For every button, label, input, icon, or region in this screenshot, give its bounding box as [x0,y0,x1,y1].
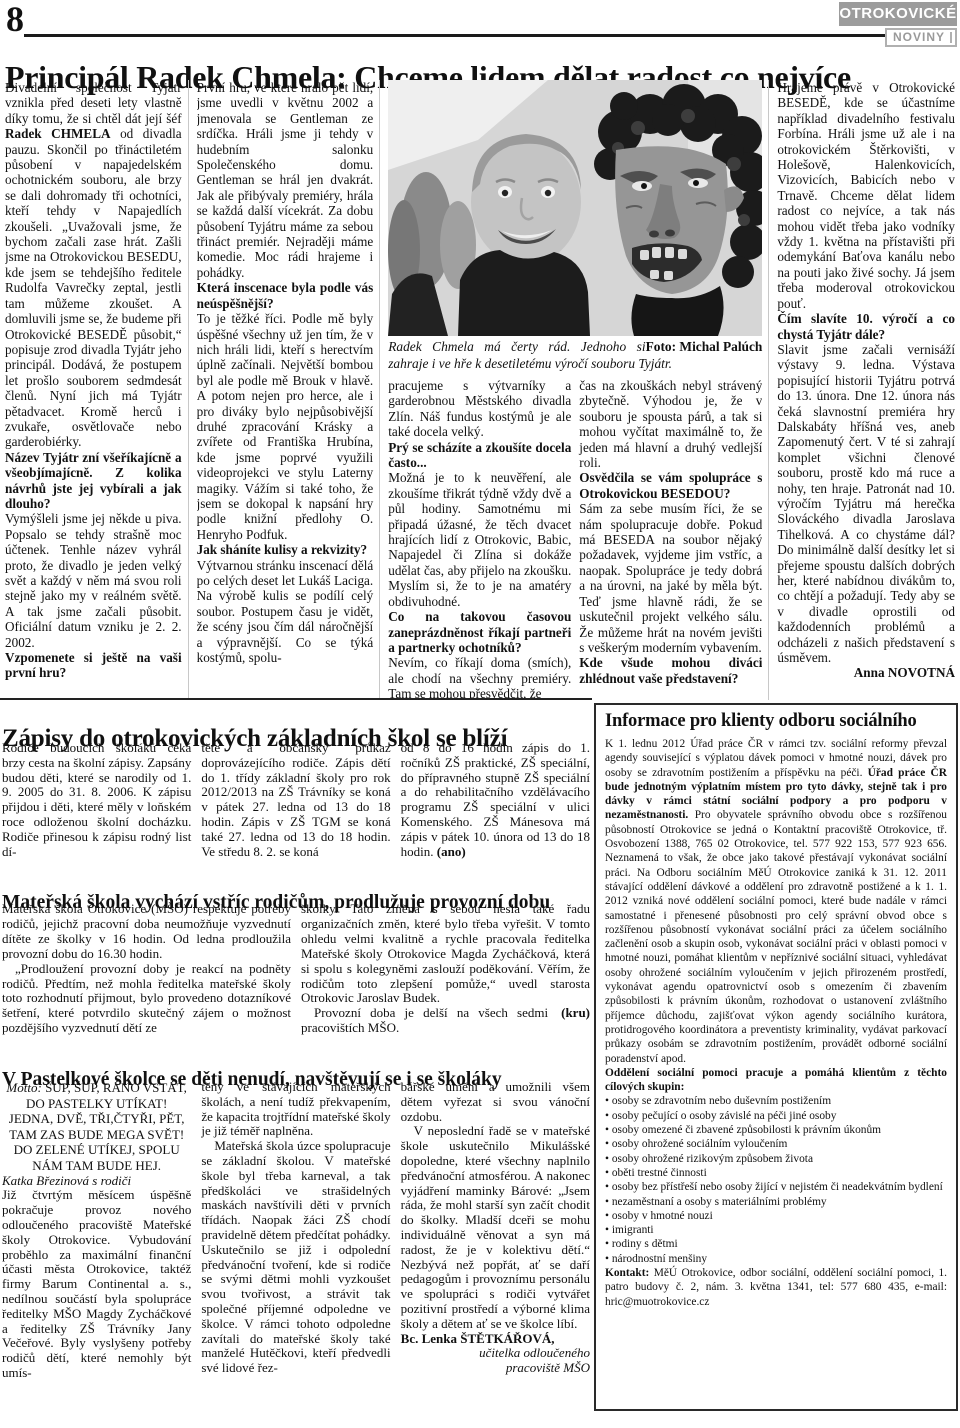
social-info-box: Informace pro klienty odboru sociálního … [594,703,958,1411]
interview-column-2: První hru, ve které hrálo pět lidí, jsme… [197,80,381,700]
answer-8: Hrajeme právě v Otrokovické BESEDĚ, kde … [777,80,955,311]
question-8: Kde všude mohou diváci zhlédnout vaše př… [579,655,762,686]
zapisy-text-1: Rodiče budoucích školáků čeká brzy cesta… [2,741,191,859]
pastelka-motto-line-2: JEDNA, DVĚ, TŘI,ČTYŘI, PĚT, TAM ZAS BUDE… [2,1111,191,1142]
pastelka-column-2: těny ve stávajících mateřských školách, … [201,1080,390,1424]
answer-4-part2: pracujeme s výtvarníky a garderobnou Měs… [388,378,571,440]
materska-article: Mateřská škola Otrokovice (MŠO) respektu… [2,902,590,1052]
photo-caption: Foto: Michal PalúchRadek Chmela má čerty… [388,339,762,372]
materska-paragraph-4-body: Provozní doba je delší na všech sedmi pr… [301,1005,548,1035]
list-item: oběti trestné činnosti [605,1166,947,1180]
pastelka-column-3: bářské umění a umožnili všem dětem vyřez… [401,1080,590,1424]
infobox-target-groups-list: osoby se zdravotním nebo duševním postiž… [605,1094,947,1266]
list-item: osoby bez přístřeší nebo osoby žijící v … [605,1180,947,1194]
infobox-paragraph-1: K 1. lednu 2012 Úřad práce ČR v rámci tz… [605,737,947,1066]
materska-paragraph-1: Mateřská škola Otrokovice (MŠO) respektu… [2,902,291,962]
photo-credit: Foto: Michal Palúch [646,339,763,356]
answer-5: Možná je to k neuvěření, ale zkoušíme tř… [388,470,571,609]
infobox-headline: Informace pro klienty odboru sociálního [605,711,947,732]
pastelka-author-role-2: pracoviště MŠO [401,1361,590,1376]
article-photo [388,80,762,336]
infobox-groups-heading: Oddělení sociální pomoci pracuje a pomáh… [605,1066,947,1095]
lead-post: od divadla pauzu. Skončil po třináctilet… [5,126,182,449]
lead-paragraph: Divadelní společnost Tyjátr vznikla před… [5,80,182,450]
logo-line2: NOVINY [893,30,945,44]
list-item: osoby pečující o osoby závislé na péči j… [605,1109,947,1123]
logo-line1: OTROKOVICKÉ [839,2,957,26]
pastelka-paragraph-4: bářské umění a umožnili všem dětem vyřez… [401,1080,590,1124]
zapisy-author-sig: (ano) [437,844,466,859]
answer-7: Sám za sebe musím říci, že se nám spolup… [579,501,762,655]
pastelka-motto-line-1: Motto: ŠUP, ŠUP, RÁNO VSTÁT, DO PASTELKY… [2,1080,191,1111]
materska-paragraph-3: školky. Tato změna s sebou nesla také řa… [301,902,590,1006]
motto-label: Motto: [6,1080,41,1095]
interview-column-1: Divadelní společnost Tyjátr vznikla před… [5,80,189,700]
interview-column-5: Hrajeme právě v Otrokovické BESEDĚ, kde … [777,80,955,700]
zapisy-text-2: těte a občanský průkaz doprovázejícího r… [201,741,390,859]
pastelka-column-1: Motto: ŠUP, ŠUP, RÁNO VSTÁT, DO PASTELKY… [2,1080,191,1424]
answer-9: Slavit jsme začali vernisáží výstavy 9. … [777,342,955,666]
question-6: Co na takovou časovou zaneprázdněnost ří… [388,609,571,655]
article-byline: Anna NOVOTNÁ [777,665,955,680]
list-item: národnostní menšiny [605,1252,947,1266]
pastelka-motto-author: Katka Březinová s rodiči [2,1174,191,1189]
question-3: Která inscenace byla podle vás neúspěšně… [197,280,374,311]
motto-line-1-text: ŠUP, ŠUP, RÁNO VSTÁT, DO PASTELKY UTÍKAT… [26,1080,187,1111]
header-rule [24,34,892,37]
newspaper-page: 8 OTROKOVICKÉ NOVINY Principál Radek Chm… [0,0,960,1428]
interview-article: Divadelní společnost Tyjátr vznikla před… [5,80,955,700]
pastelka-paragraph-2: těny ve stávajících mateřských školách, … [201,1080,390,1139]
zapisy-column-3: od 8 do 16 hodin zápis do 1. ročníků ZŠ … [401,741,590,875]
pastelka-motto-line-3: DO ZELENÉ UTÍKEJ, SPOLU NÁM TAM BUDE HEJ… [2,1142,191,1173]
newspaper-logo: OTROKOVICKÉ NOVINY [839,2,957,47]
answer-3: To je těžké říci. Podle mě byly úspěšné … [197,311,374,542]
answer-6-part2: čas na zkouškách nebyl strávený zbytečně… [579,378,762,470]
zapisy-article: Rodiče budoucích školáků čeká brzy cesta… [2,741,590,875]
zapisy-text-3-body: od 8 do 16 hodin zápis do 1. ročníků ZŠ … [401,741,590,859]
question-7: Osvědčila se vám spolupráce s Otrokovick… [579,470,762,501]
pastelka-author-role-1: učitelka odloučeného [401,1346,590,1361]
materska-column-2: školky. Tato změna s sebou nesla také řa… [301,902,590,1052]
zapisy-column-2: těte a občanský průkaz doprovázejícího r… [201,741,390,875]
interview-middle-block: Foto: Michal PalúchRadek Chmela má čerty… [388,80,769,700]
answer-4-part1: Výtvarnou stránku inscenací dělá po celý… [197,558,374,666]
list-item: imigranti [605,1223,947,1237]
list-item: osoby v hmotné nouzi [605,1209,947,1223]
infobox-contact-text: MěÚ Otrokovice, odbor sociální, oddělení… [605,1267,947,1308]
interview-column-4: čas na zkouškách nebyl strávený zbytečně… [579,378,762,700]
lead-name: Radek CHMELA [5,126,111,141]
infobox-p1-post: Pro obyvatele správního obvodu obce s ro… [605,809,947,1064]
list-item: osoby omezené či zbavené způsobilosti k … [605,1123,947,1137]
question-2: Vzpomenete si ještě na vaši první hru? [5,650,182,681]
materska-author-sig: (kru) [548,1006,590,1021]
question-4: Jak sháníte kulisy a rekvizity? [197,542,374,557]
list-item: osoby se zdravotním nebo duševním postiž… [605,1094,947,1108]
materska-paragraph-4: (kru)Provozní doba je delší na všech sed… [301,1006,590,1036]
pastelka-paragraph-5: V neposlední řadě se v mateřské škole us… [401,1124,590,1331]
question-1: Název Tyjátr zní všeříkajícně a všeobjím… [5,450,182,512]
list-item: osoby ohrožené rizikovým způsobem života [605,1152,947,1166]
photo-caption-text: Radek Chmela má čerty rád. Jednoho si za… [388,339,672,371]
lead-pre: Divadelní společnost Tyjátr vznikla před… [5,80,182,126]
page-number: 8 [6,0,24,40]
section-divider-rule [0,698,592,700]
list-item: nezaměstnaní a osoby s materiálními prob… [605,1195,947,1209]
pastelka-paragraph-3: Mateřská škola úzce spolupracuje se zákl… [201,1139,390,1376]
infobox-contact-label: Kontakt: [605,1267,649,1279]
infobox-contact: Kontakt: MěÚ Otrokovice, odbor sociální,… [605,1266,947,1309]
materska-paragraph-2: „Prodloužení provozní doby je reakcí na … [2,962,291,1037]
answer-6-part1: Nevím, co říkají doma (smích), ale chodí… [388,655,571,700]
materska-column-1: Mateřská škola Otrokovice (MŠO) respektu… [2,902,291,1052]
zapisy-text-3: od 8 do 16 hodin zápis do 1. ročníků ZŠ … [401,741,590,859]
interview-middle-columns: pracujeme s výtvarníky a garderobnou Měs… [388,378,762,700]
list-item: osoby ohrožené sociálním vyloučením [605,1137,947,1151]
infobox-body: K 1. lednu 2012 Úřad práce ČR v rámci tz… [605,737,947,1309]
logo-line2-box: NOVINY [885,28,957,47]
zapisy-column-1: Rodiče budoucích školáků čeká brzy cesta… [2,741,191,875]
answer-2: První hru, ve které hrálo pět lidí, jsme… [197,80,374,280]
answer-1: Vymýšleli jsme jej někde u piva. Popsalo… [5,511,182,650]
logo-divider-bar [950,32,952,43]
list-item: rodiny s dětmi [605,1237,947,1251]
pastelka-author-name: Bc. Lenka ŠTĚTKÁŘOVÁ, [401,1332,590,1347]
pastelka-paragraph-1: Již čtvrtým měsícem úspěšně pokračuje pr… [2,1188,191,1380]
question-5: Prý se scházíte a zkoušíte docela často.… [388,440,571,471]
question-9: Čím slavíte 10. výročí a co chystá Tyját… [777,311,955,342]
pastelka-article: Motto: ŠUP, ŠUP, RÁNO VSTÁT, DO PASTELKY… [2,1080,590,1424]
interview-column-3: pracujeme s výtvarníky a garderobnou Měs… [388,378,571,700]
